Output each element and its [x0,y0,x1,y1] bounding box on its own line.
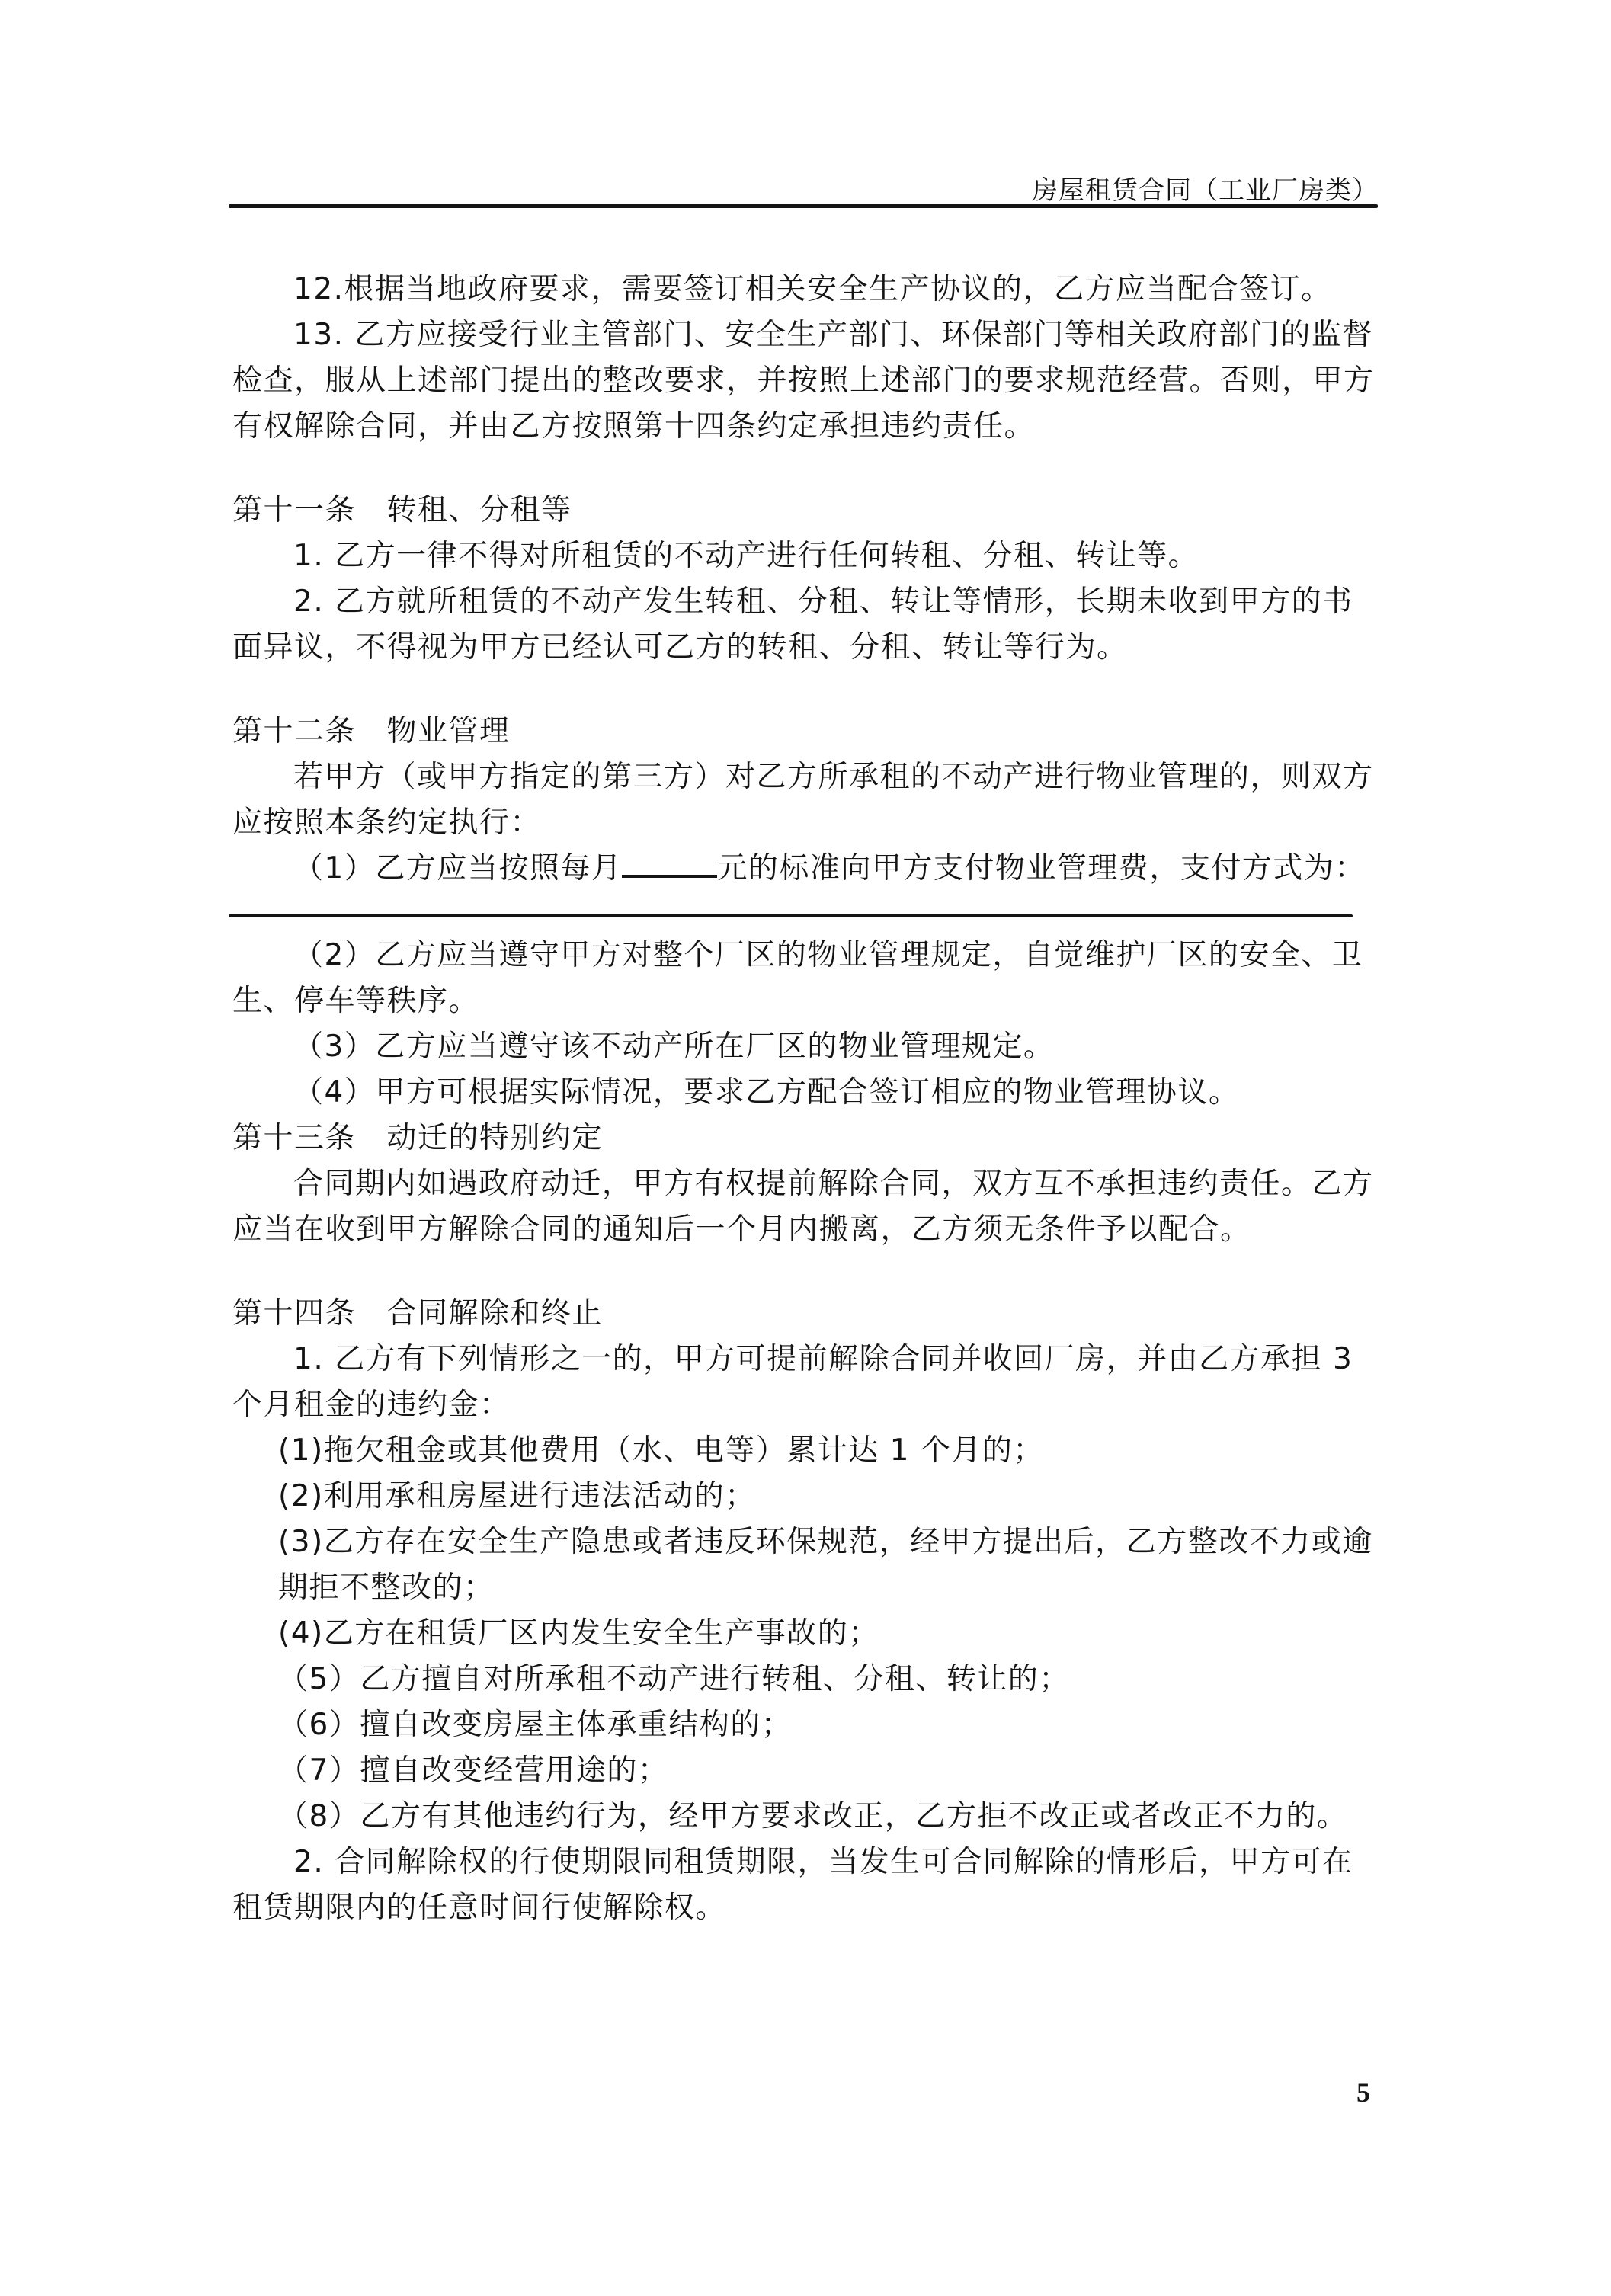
document-header-title: 房屋租赁合同（工业厂房类） [1032,169,1379,207]
article-14-subitem-8: （8）乙方有其他违约行为，经甲方要求改正，乙方拒不改正或者改正不力的。 [232,1794,1376,1840]
article-12-item-1: （1）乙方应当按照每月元的标准向甲方支付物业管理费，支付方式为： [232,846,1376,892]
payment-method-blank-line[interactable] [229,914,1353,917]
article-12-item-1-text-b: 元的标准向甲方支付物业管理费，支付方式为： [717,851,1366,885]
article-14-subitem-7: （7）擅自改变经营用途的； [232,1748,1376,1794]
article-14-subitem-5: （5）乙方擅自对所承租不动产进行转租、分租、转让的； [232,1657,1376,1702]
clause-10-item-12: 12.根据当地政府要求，需要签订相关安全生产协议的，乙方应当配合签订。 [232,267,1376,312]
article-14-subitem-1: (1)拖欠租金或其他费用（水、电等）累计达 1 个月的； [232,1428,1376,1474]
article-11-item-2: 2. 乙方就所租赁的不动产发生转租、分租、转让等情形，长期未收到甲方的书面异议，… [232,579,1376,671]
article-13-heading: 第十三条 动迁的特别约定 [232,1116,1376,1161]
document-body: 12.根据当地政府要求，需要签订相关安全生产协议的，乙方应当配合签订。 13. … [232,267,1376,1931]
article-14-subitem-3: (3)乙方存在安全生产隐患或者违反环保规范，经甲方提出后，乙方整改不力或逾期拒不… [232,1519,1376,1611]
article-14-heading: 第十四条 合同解除和终止 [232,1291,1376,1337]
header-divider [229,204,1378,208]
page-number: 5 [1356,2077,1370,2109]
article-14-subitem-4: (4)乙方在租赁厂区内发生安全生产事故的； [232,1611,1376,1657]
article-12-item-3: （3）乙方应当遵守该不动产所在厂区的物业管理规定。 [232,1024,1376,1070]
article-12-item-2: （2）乙方应当遵守甲方对整个厂区的物业管理规定，自觉维护厂区的安全、卫生、停车等… [232,933,1376,1024]
article-11-heading: 第十一条 转租、分租等 [232,488,1376,533]
article-14-item-2: 2. 合同解除权的行使期限同租赁期限，当发生可合同解除的情形后，甲方可在租赁期限… [232,1840,1376,1931]
article-14-subitem-6: （6）擅自改变房屋主体承重结构的； [232,1702,1376,1748]
article-12-item-1-text-a: （1）乙方应当按照每月 [293,851,622,885]
article-14-item-1: 1. 乙方有下列情形之一的，甲方可提前解除合同并收回厂房，并由乙方承担 3 个月… [232,1337,1376,1428]
article-12-intro: 若甲方（或甲方指定的第三方）对乙方所承租的不动产进行物业管理的，则双方应按照本条… [232,754,1376,846]
article-12-item-4: （4）甲方可根据实际情况，要求乙方配合签订相应的物业管理协议。 [232,1070,1376,1116]
article-11-item-1: 1. 乙方一律不得对所租赁的不动产进行任何转租、分租、转让等。 [232,533,1376,579]
clause-10-item-13: 13. 乙方应接受行业主管部门、安全生产部门、环保部门等相关政府部门的监督检查，… [232,312,1376,450]
article-12-heading: 第十二条 物业管理 [232,709,1376,754]
monthly-fee-blank[interactable] [622,852,717,878]
article-13-body: 合同期内如遇政府动迁，甲方有权提前解除合同，双方互不承担违约责任。乙方应当在收到… [232,1161,1376,1253]
article-14-subitem-2: (2)利用承租房屋进行违法活动的； [232,1474,1376,1519]
